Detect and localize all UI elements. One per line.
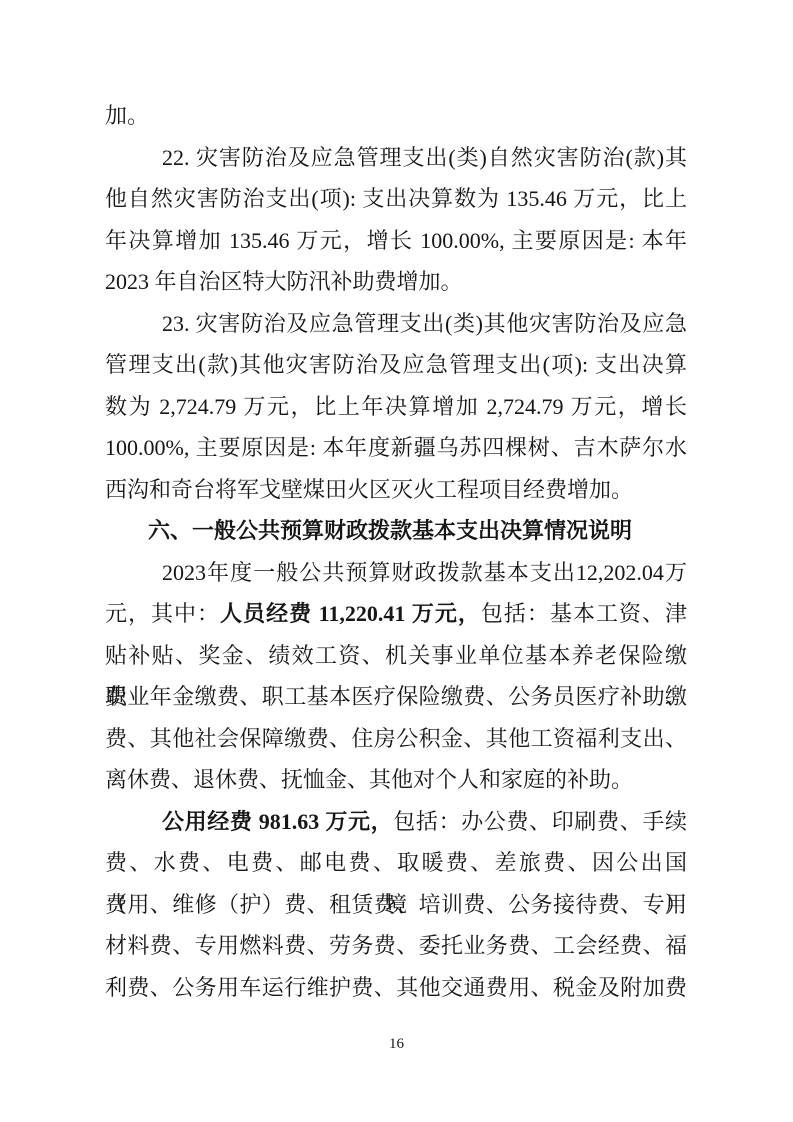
bold-text-segment: 六、一般公共预算财政拨款基本支出决算情况说明 xyxy=(148,518,632,543)
text-segment: 年决算增加 135.46 万元，增长 100.00%, 主要原因是: 本年 xyxy=(105,228,687,253)
text-line: 管理支出(款)其他灾害防治及应急管理支出(项): 支出决算 xyxy=(105,344,687,386)
text-segment: 23. 灾害防治及应急管理支出(类)其他灾害防治及应急 xyxy=(162,311,687,336)
text-segment: 包括：基本工资、津 xyxy=(481,601,687,626)
text-line: 22. 灾害防治及应急管理支出(类)自然灾害防治(款)其 xyxy=(105,137,687,179)
document-body: 加。22. 灾害防治及应急管理支出(类)自然灾害防治(款)其他自然灾害防治支出(… xyxy=(105,95,687,1008)
text-segment: 加。 xyxy=(105,103,149,128)
text-line: 元，其中：人员经费 11,220.41 万元，包括：基本工资、津 xyxy=(105,593,687,635)
text-segment: 管理支出(款)其他灾害防治及应急管理支出(项): 支出决算 xyxy=(105,352,687,377)
text-segment: 利费、公务用车运行维护费、其他交通费用、税金及附加费 xyxy=(105,975,687,1000)
text-line: 贴补贴、奖金、绩效工资、机关事业单位基本养老保险缴费、 xyxy=(105,635,687,677)
text-segment: 材料费、专用燃料费、劳务费、委托业务费、工会经费、福 xyxy=(105,933,687,958)
text-line: 利费、公务用车运行维护费、其他交通费用、税金及附加费 xyxy=(105,967,687,1009)
text-segment: 元，其中： xyxy=(105,601,220,626)
text-line: 年决算增加 135.46 万元，增长 100.00%, 主要原因是: 本年 xyxy=(105,220,687,262)
page-number: 16 xyxy=(0,1034,793,1054)
text-line: 材料费、专用燃料费、劳务费、委托业务费、工会经费、福 xyxy=(105,925,687,967)
text-line: 加。 xyxy=(105,95,687,137)
text-line: 公用经费 981.63 万元，包括：办公费、印刷费、手续 xyxy=(105,801,687,843)
text-line: 他自然灾害防治支出(项): 支出决算数为 135.46 万元，比上 xyxy=(105,178,687,220)
section-heading: 六、一般公共预算财政拨款基本支出决算情况说明 xyxy=(105,510,687,552)
text-line: 100.00%, 主要原因是: 本年度新疆乌苏四棵树、吉木萨尔水 xyxy=(105,427,687,469)
text-line: 职业年金缴费、职工基本医疗保险缴费、公务员医疗补助缴 xyxy=(105,676,687,718)
text-segment: 离休费、退休费、抚恤金、其他对个人和家庭的补助。 xyxy=(105,767,633,792)
text-segment: 2023年度一般公共预算财政拨款基本支出12,202.04万 xyxy=(162,560,687,585)
text-segment: 包括：办公费、印刷费、手续 xyxy=(393,809,687,834)
text-line: 费、水费、电费、邮电费、取暖费、差旅费、因公出国（境） xyxy=(105,842,687,884)
text-line: 离休费、退休费、抚恤金、其他对个人和家庭的补助。 xyxy=(105,759,687,801)
text-line: 2023年度一般公共预算财政拨款基本支出12,202.04万 xyxy=(105,552,687,594)
text-segment: 100.00%, 主要原因是: 本年度新疆乌苏四棵树、吉木萨尔水 xyxy=(105,435,687,460)
document-page: 加。22. 灾害防治及应急管理支出(类)自然灾害防治(款)其他自然灾害防治支出(… xyxy=(0,0,793,1122)
bold-text-segment: 人员经费 11,220.41 万元， xyxy=(220,601,481,626)
text-line: 费、其他社会保障缴费、住房公积金、其他工资福利支出、 xyxy=(105,718,687,760)
bold-text-segment: 公用经费 981.63 万元， xyxy=(162,809,393,834)
text-segment: 西沟和奇台将军戈壁煤田火区灭火工程项目经费增加。 xyxy=(105,477,633,502)
text-segment: 22. 灾害防治及应急管理支出(类)自然灾害防治(款)其 xyxy=(162,145,687,170)
text-segment: 费、其他社会保障缴费、住房公积金、其他工资福利支出、 xyxy=(105,726,687,751)
text-segment: 2023 年自治区特大防汛补助费增加。 xyxy=(105,269,463,294)
text-line: 数为 2,724.79 万元，比上年决算增加 2,724.79 万元，增长 xyxy=(105,386,687,428)
text-segment: 职业年金缴费、职工基本医疗保险缴费、公务员医疗补助缴 xyxy=(105,684,687,709)
text-line: 西沟和奇台将军戈壁煤田火区灭火工程项目经费增加。 xyxy=(105,469,687,511)
text-line: 费用、维修（护）费、租赁费、培训费、公务接待费、专用 xyxy=(105,884,687,926)
text-segment: 数为 2,724.79 万元，比上年决算增加 2,724.79 万元，增长 xyxy=(105,394,687,419)
text-line: 2023 年自治区特大防汛补助费增加。 xyxy=(105,261,687,303)
text-segment: 费用、维修（护）费、租赁费、培训费、公务接待费、专用 xyxy=(105,892,687,917)
text-segment: 他自然灾害防治支出(项): 支出决算数为 135.46 万元，比上 xyxy=(105,186,687,211)
text-line: 23. 灾害防治及应急管理支出(类)其他灾害防治及应急 xyxy=(105,303,687,345)
